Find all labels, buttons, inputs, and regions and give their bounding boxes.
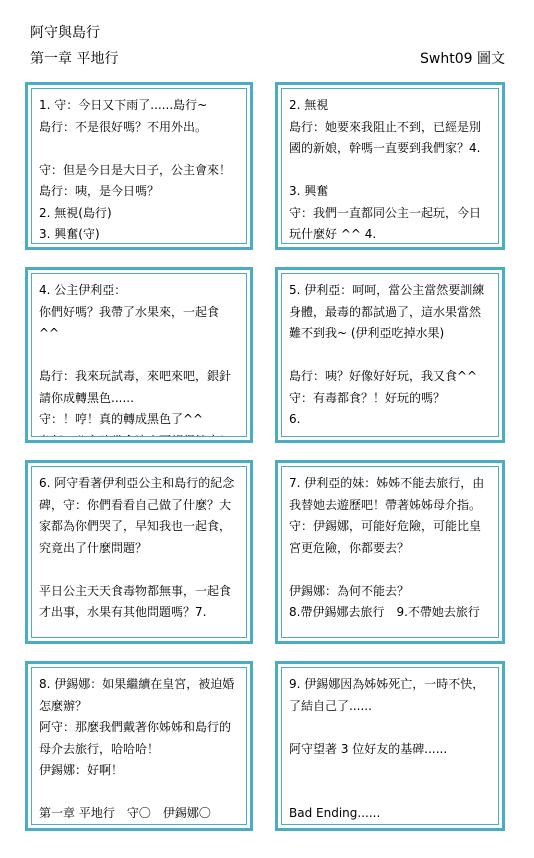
story-box-1-inner: 1. 守：今日又下雨了......島行~ 島行：不是很好嗎？不用外出。 守：但是… bbox=[31, 88, 247, 244]
story-box-9: 9. 伊錫娜因為姊姊死亡，一時不快， 了結自己了...... 阿守望著 3 位好… bbox=[275, 661, 505, 831]
story-box-7-text: 7. 伊利亞的妹：姊姊不能去旅行，由 我替她去遊歷吧！帶著姊姊母介指。 守：伊錫… bbox=[289, 473, 491, 624]
author-credit: Swht09 圖文 bbox=[420, 46, 505, 72]
story-box-5-text: 5. 伊利亞：呵呵，當公主當然要訓練 身體，最毒的都試過了，這水果當然 難不到我… bbox=[289, 280, 491, 431]
story-box-6-inner: 6. 阿守看著伊利亞公主和島行的紀念 碑，守：你們看看自己做了什麼？大 家都為你… bbox=[31, 466, 247, 638]
story-box-8-inner: 8. 伊錫娜：如果繼續在皇宮，被迫婚 怎麼辦？ 阿守：那麼我們戴著你姊姊和島行的… bbox=[31, 667, 247, 825]
chapter-title: 第一章 平地行 bbox=[30, 46, 118, 72]
story-box-9-inner: 9. 伊錫娜因為姊姊死亡，一時不快， 了結自己了...... 阿守望著 3 位好… bbox=[281, 667, 499, 825]
story-box-7: 7. 伊利亞的妹：姊姊不能去旅行，由 我替她去遊歷吧！帶著姊姊母介指。 守：伊錫… bbox=[275, 460, 505, 644]
story-box-1: 1. 守：今日又下雨了......島行~ 島行：不是很好嗎？不用外出。 守：但是… bbox=[25, 82, 253, 250]
subtitle-row: 第一章 平地行 Swht09 圖文 bbox=[30, 46, 505, 72]
story-box-8-text: 8. 伊錫娜：如果繼續在皇宮，被迫婚 怎麼辦？ 阿守：那麼我們戴著你姊姊和島行的… bbox=[39, 674, 239, 825]
story-box-8: 8. 伊錫娜：如果繼續在皇宮，被迫婚 怎麼辦？ 阿守：那麼我們戴著你姊姊和島行的… bbox=[25, 661, 253, 831]
story-box-4-inner: 4. 公主伊利亞： 你們好嗎？我帶了水果來，一起食^^ 島行：我來玩試毒，來吧來… bbox=[31, 273, 247, 437]
document-page: 阿守與島行 第一章 平地行 Swht09 圖文 1. 守：今日又下雨了.....… bbox=[0, 0, 534, 858]
story-box-1-text: 1. 守：今日又下雨了......島行~ 島行：不是很好嗎？不用外出。 守：但是… bbox=[39, 95, 239, 244]
story-box-2-text: 2. 無視 島行：她要來我阻止不到，已經是別 國的新娘，幹嗎一直要到我們家？4.… bbox=[289, 95, 491, 244]
story-box-5: 5. 伊利亞：呵呵，當公主當然要訓練 身體，最毒的都試過了，這水果當然 難不到我… bbox=[275, 267, 505, 443]
story-box-4-text: 4. 公主伊利亞： 你們好嗎？我帶了水果來，一起食^^ 島行：我來玩試毒，來吧來… bbox=[39, 280, 239, 437]
page-title: 阿守與島行 bbox=[30, 20, 505, 46]
story-box-grid: 1. 守：今日又下雨了......島行~ 島行：不是很好嗎？不用外出。 守：但是… bbox=[25, 82, 505, 831]
story-box-7-inner: 7. 伊利亞的妹：姊姊不能去旅行，由 我替她去遊歷吧！帶著姊姊母介指。 守：伊錫… bbox=[281, 466, 499, 638]
story-box-6-text: 6. 阿守看著伊利亞公主和島行的紀念 碑，守：你們看看自己做了什麼？大 家都為你… bbox=[39, 473, 239, 624]
story-box-6: 6. 阿守看著伊利亞公主和島行的紀念 碑，守：你們看看自己做了什麼？大 家都為你… bbox=[25, 460, 253, 644]
story-box-9-text: 9. 伊錫娜因為姊姊死亡，一時不快， 了結自己了...... 阿守望著 3 位好… bbox=[289, 674, 491, 825]
story-box-2-inner: 2. 無視 島行：她要來我阻止不到，已經是別 國的新娘，幹嗎一直要到我們家？4.… bbox=[281, 88, 499, 244]
story-box-5-inner: 5. 伊利亞：呵呵，當公主當然要訓練 身體，最毒的都試過了，這水果當然 難不到我… bbox=[281, 273, 499, 437]
story-box-2: 2. 無視 島行：她要來我阻止不到，已經是別 國的新娘，幹嗎一直要到我們家？4.… bbox=[275, 82, 505, 250]
story-box-4: 4. 公主伊利亞： 你們好嗎？我帶了水果來，一起食^^ 島行：我來玩試毒，來吧來… bbox=[25, 267, 253, 443]
document-header: 阿守與島行 第一章 平地行 Swht09 圖文 bbox=[30, 20, 505, 72]
